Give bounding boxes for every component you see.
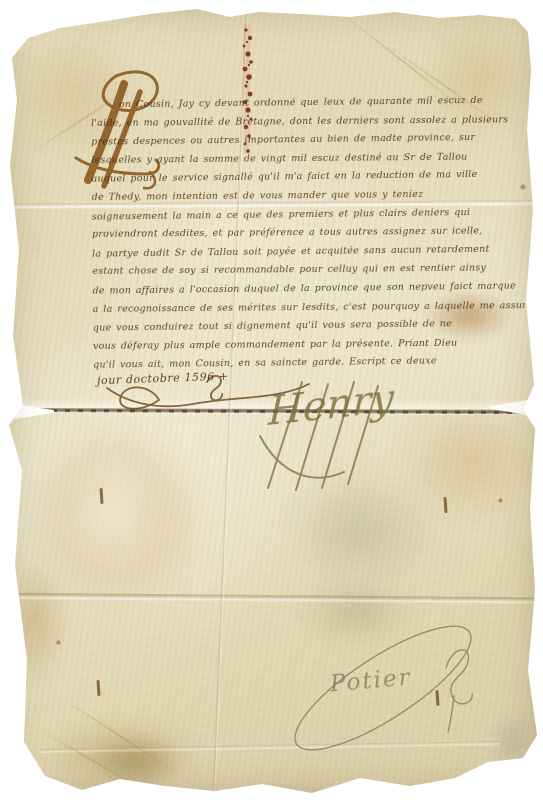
photo-background: on Cousin, Jay cy devant ordonné que leu…: [0, 0, 543, 800]
edge-shading: [0, 0, 543, 800]
parchment-sheet: on Cousin, Jay cy devant ordonné que leu…: [0, 0, 543, 800]
